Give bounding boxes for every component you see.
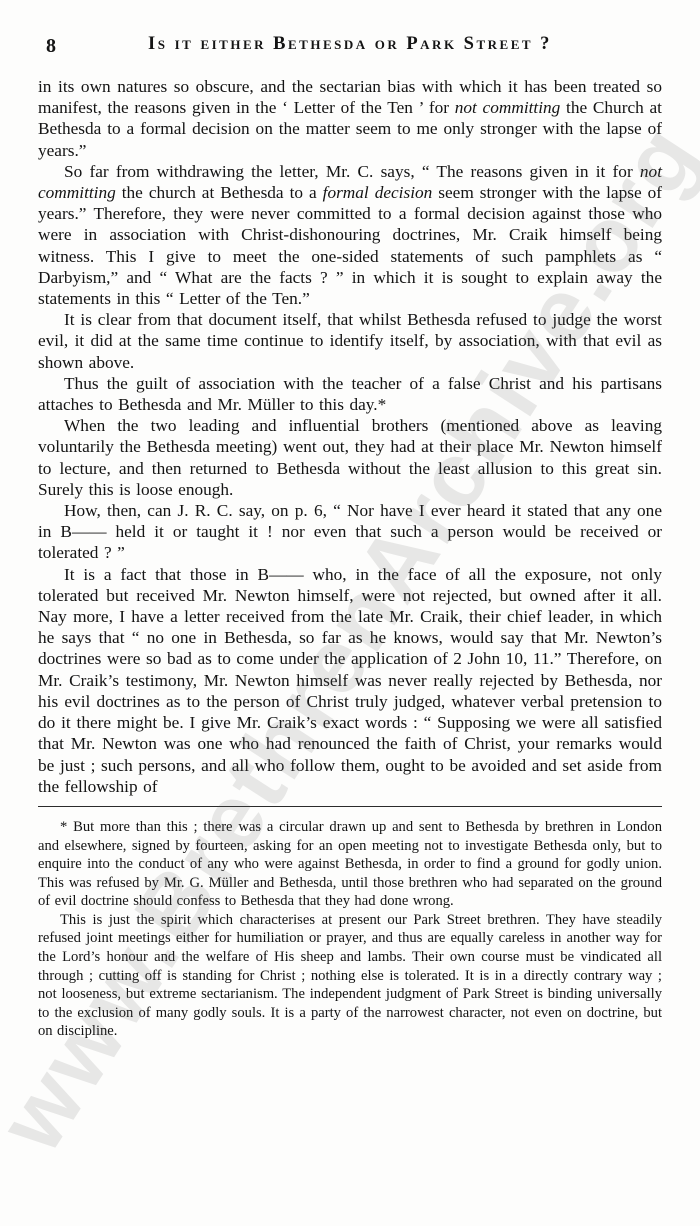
italic-text: formal decision [323,183,433,202]
paragraph: Thus the guilt of association with the t… [38,373,662,415]
paragraph: So far from withdrawing the letter, Mr. … [38,161,662,309]
text-segment: It is clear from that document itself, t… [38,310,662,371]
paragraph: * But more than this ; there was a circu… [38,818,662,911]
footnote-rule [38,806,662,807]
footnote: * But more than this ; there was a circu… [38,818,662,1041]
paragraph: This is just the spirit which characteri… [38,911,662,1041]
running-title: Is it either Bethesda or Park Street ? [38,34,662,55]
text-segment: When the two leading and influential bro… [38,416,662,499]
paragraph: How, then, can J. R. C. say, on p. 6, “ … [38,500,662,564]
text-segment: This is just the spirit which characteri… [38,912,662,1040]
paragraph: It is a fact that those in B—— who, in t… [38,564,662,797]
body-text: in its own natures so obscure, and the s… [38,76,662,797]
text-segment: So far from withdrawing the letter, Mr. … [64,162,640,181]
text-segment: * But more than this ; there was a circu… [38,819,662,909]
text-segment: Thus the guilt of association with the t… [38,374,662,414]
text-segment: How, then, can J. R. C. say, on p. 6, “ … [38,501,662,562]
page-number: 8 [46,35,56,58]
paragraph: When the two leading and influential bro… [38,415,662,500]
paragraph: It is clear from that document itself, t… [38,309,662,373]
scanned-book-page: 8 Is it either Bethesda or Park Street ?… [0,0,700,1226]
italic-text: not committing [455,98,561,117]
text-segment: the church at Bethesda to a [116,183,323,202]
paragraph: in its own natures so obscure, and the s… [38,76,662,161]
page-header: 8 Is it either Bethesda or Park Street ? [38,34,662,62]
text-segment: It is a fact that those in B—— who, in t… [38,565,662,796]
